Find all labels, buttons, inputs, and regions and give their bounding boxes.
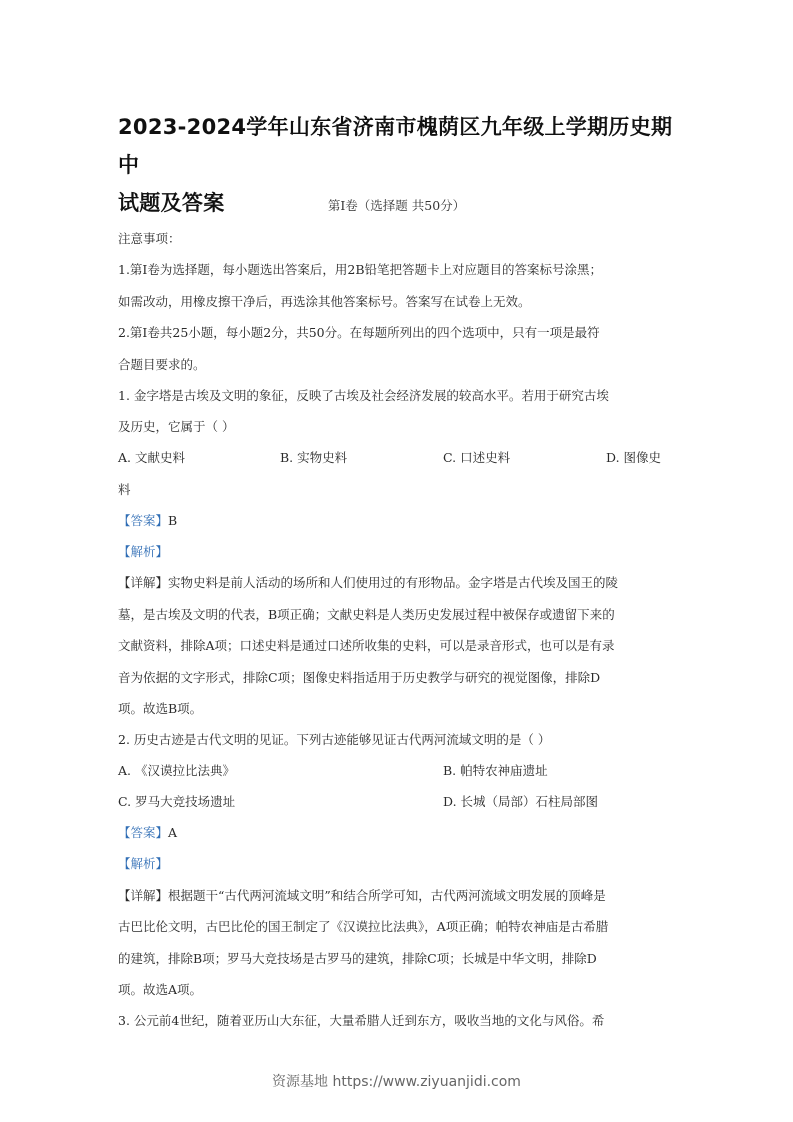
question-2-answer: 【答案】A bbox=[118, 823, 177, 841]
note-line: 如需改动，用橡皮擦干净后，再选涂其他答案标号。答案写在试卷上无效。 bbox=[118, 292, 531, 310]
question-1-detail: 文献资料，排除A项；口述史料是通过口述所收集的史料，可以是录音形式，也可以是有录 bbox=[118, 636, 615, 654]
question-2-detail: 的建筑，排除B项；罗马大竞技场是古罗马的建筑，排除C项；长城是中华文明，排除D bbox=[118, 949, 597, 967]
notes-label: 注意事项： bbox=[118, 229, 181, 247]
note-line: 2.第Ⅰ卷共25小题，每小题2分，共50分。在每题所列出的四个选项中，只有一项是… bbox=[118, 323, 600, 341]
question-1-detail: 【详解】实物史料是前人活动的场所和人们使用过的有形物品。金字塔是古代埃及国王的陵 bbox=[118, 573, 618, 591]
question-1-stem: 及历史，它属于（ ） bbox=[118, 417, 234, 435]
question-2-option-d: D. 长城（局部）石柱局部图 bbox=[443, 792, 598, 810]
question-2-detail: 古巴比伦文明，古巴比伦的国王制定了《汉谟拉比法典》，A项正确；帕特农神庙是古希腊 bbox=[118, 917, 608, 935]
answer-tag: 【答案】 bbox=[118, 513, 168, 528]
section-heading: 第Ⅰ卷（选择题 共50分） bbox=[0, 196, 793, 214]
question-1-option-d-wrap: 料 bbox=[118, 480, 131, 498]
question-2-detail: 项。故选A项。 bbox=[118, 980, 202, 998]
question-1-detail: 墓，是古埃及文明的代表，B项正确；文献史料是人类历史发展过程中被保存或遗留下来的 bbox=[118, 605, 615, 623]
question-1-option-a: A. 文献史料 bbox=[118, 448, 185, 466]
question-2-detail: 【详解】根据题干“古代两河流域文明”和结合所学可知，古代两河流域文明发展的顶峰是 bbox=[118, 886, 606, 904]
title-line-1: 2023-2024学年山东省济南市槐荫区九年级上学期历史期中 bbox=[118, 108, 688, 184]
answer-value: A bbox=[168, 825, 177, 840]
question-1-stem: 1. 金字塔是古埃及文明的象征，反映了古埃及社会经济发展的较高水平。若用于研究古… bbox=[118, 386, 609, 404]
question-1-option-c: C. 口述史料 bbox=[443, 448, 510, 466]
note-line: 1.第Ⅰ卷为选择题，每小题选出答案后，用2B铅笔把答题卡上对应题目的答案标号涂黑… bbox=[118, 260, 602, 278]
question-2-option-b: B. 帕特农神庙遗址 bbox=[443, 761, 548, 779]
note-line: 合题目要求的。 bbox=[118, 355, 206, 373]
question-3-stem: 3. 公元前4世纪，随着亚历山大东征，大量希腊人迁到东方，吸收当地的文化与风俗。… bbox=[118, 1011, 604, 1029]
question-1-detail: 项。故选B项。 bbox=[118, 699, 202, 717]
footer-watermark: 资源基地 https://www.ziyuanjidi.com bbox=[0, 1071, 793, 1091]
answer-tag: 【答案】 bbox=[118, 825, 168, 840]
question-1-answer: 【答案】B bbox=[118, 511, 177, 529]
question-1-option-b: B. 实物史料 bbox=[280, 448, 347, 466]
document-page: 2023-2024学年山东省济南市槐荫区九年级上学期历史期中 试题及答案 第Ⅰ卷… bbox=[0, 0, 793, 1122]
answer-value: B bbox=[168, 513, 177, 528]
question-1-detail: 音为依据的文字形式，排除C项；图像史料指适用于历史教学与研究的视觉图像，排除D bbox=[118, 668, 600, 686]
question-2-option-c: C. 罗马大竞技场遗址 bbox=[118, 792, 235, 810]
question-2-option-a: A. 《汉谟拉比法典》 bbox=[118, 761, 235, 779]
question-1-option-d: D. 图像史 bbox=[606, 448, 661, 466]
question-2-stem: 2. 历史古迹是古代文明的见证。下列古迹能够见证古代两河流域文明的是（ ） bbox=[118, 730, 550, 748]
question-2-analysis-tag: 【解析】 bbox=[118, 854, 168, 872]
question-1-analysis-tag: 【解析】 bbox=[118, 542, 168, 560]
